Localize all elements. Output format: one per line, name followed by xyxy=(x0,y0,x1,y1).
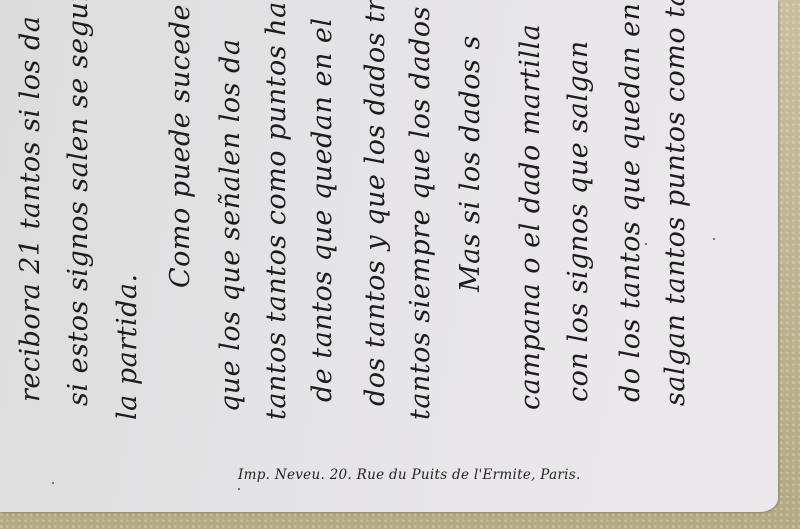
manuscript-line: campana o el dado martilla xyxy=(515,24,546,410)
manuscript-line: Como puede sucede xyxy=(165,4,196,288)
manuscript-line: tantos tantos como puntos ha xyxy=(261,1,292,420)
manuscript-page: recibora 21 tantos si los dasi estos sig… xyxy=(0,0,778,512)
manuscript-line: que los que señalen los da xyxy=(215,39,246,412)
manuscript-line: dos tantos y que los dados trai xyxy=(360,0,391,406)
manuscript-line: con los signos que salgan xyxy=(563,40,594,402)
ink-speck xyxy=(713,238,715,240)
manuscript-line: Mas si los dados s xyxy=(455,35,486,292)
manuscript-line: si estos signos salen se seguira xyxy=(63,0,94,406)
ink-speck xyxy=(645,243,647,245)
manuscript-line: la partida. xyxy=(112,273,143,420)
manuscript-line: do los tantos que quedan en el xyxy=(615,0,646,402)
ink-speck xyxy=(238,488,240,490)
ink-speck xyxy=(52,482,54,484)
printer-imprint: Imp. Neveu. 20. Rue du Puits de l'Ermite… xyxy=(238,467,581,483)
manuscript-line: de tantos que quedan en el xyxy=(307,17,338,402)
manuscript-line: tantos siempre que los dados xyxy=(405,6,436,420)
manuscript-line: salgan tantos puntos como ta xyxy=(660,0,691,406)
manuscript-line: recibora 21 tantos si los da xyxy=(15,16,46,402)
